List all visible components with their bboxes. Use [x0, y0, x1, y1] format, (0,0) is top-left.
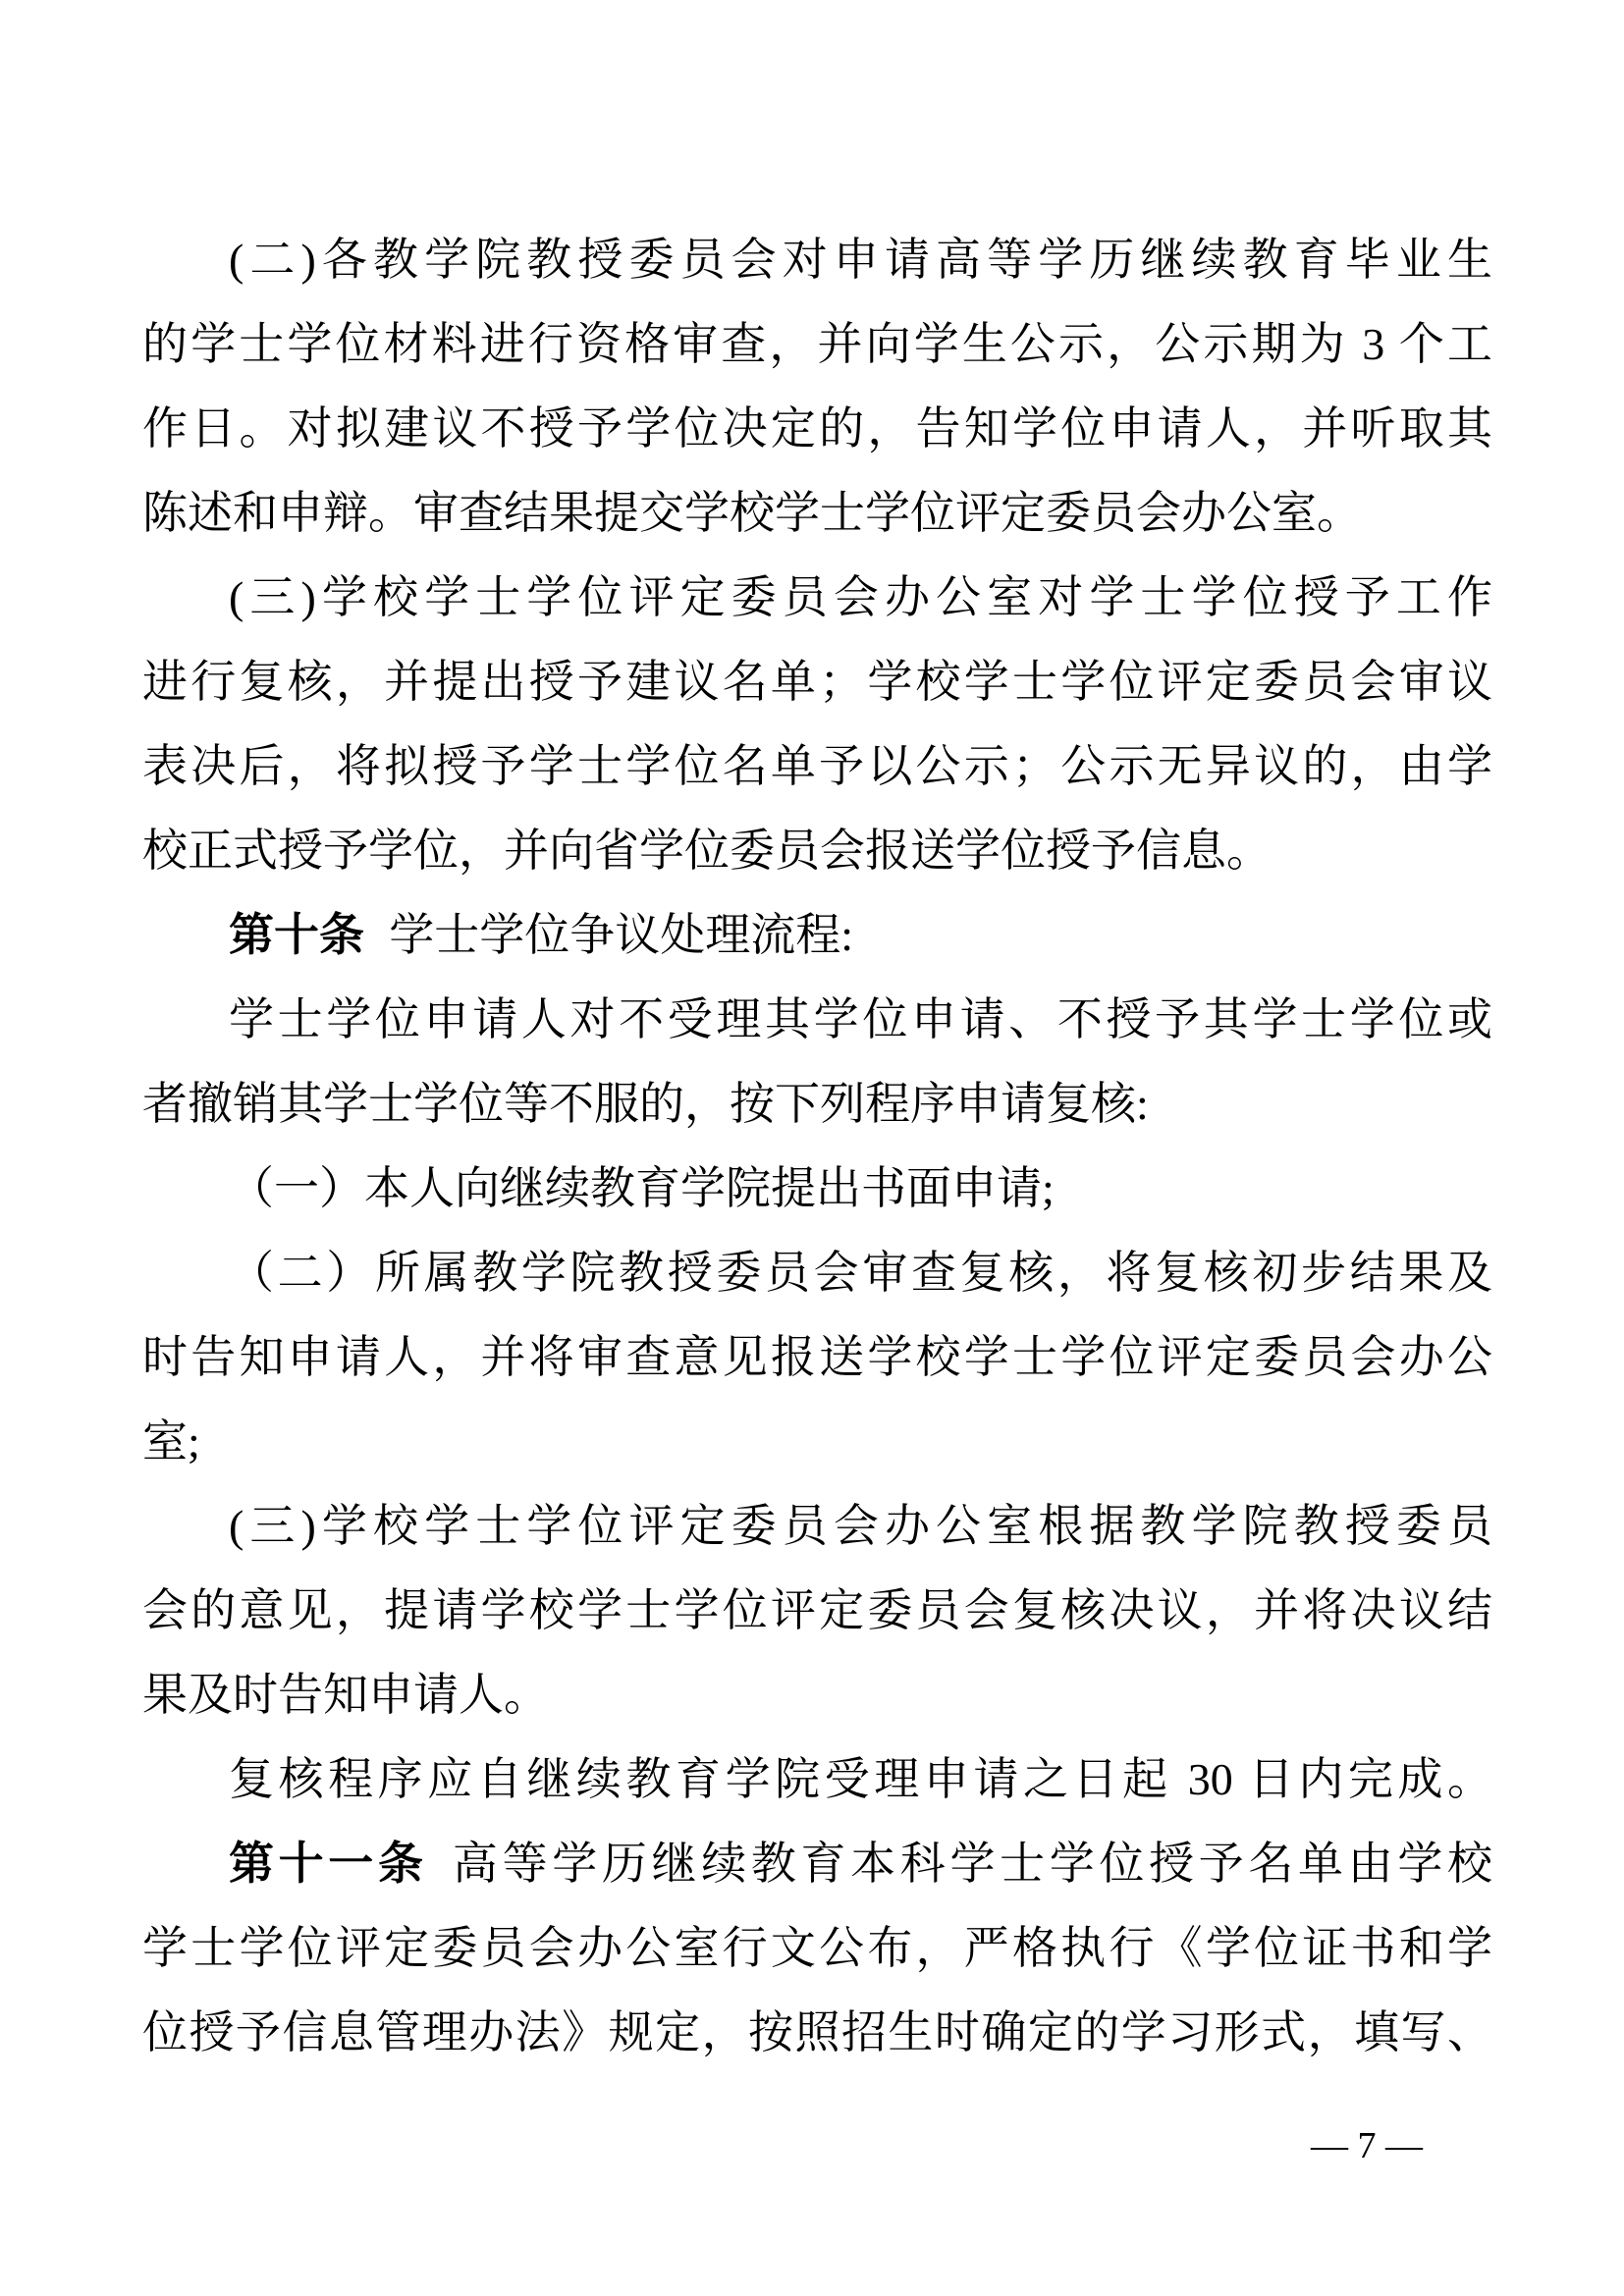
line-text: 复核程序应自继续教育学院受理申请之日起 30 日内完成。	[229, 1754, 1492, 1804]
text-line: 学士学位申请人对不受理其学位申请、不授予其学士学位或	[142, 978, 1492, 1062]
list-item-2: （二）所属教学院教授委员会审查复核，将复核初步结果及	[142, 1231, 1492, 1315]
text-line: 室;	[142, 1400, 1492, 1484]
document-body: (二)各教学院教授委员会对申请高等学历继续教育毕业生 的学士学位材料进行资格审查…	[142, 218, 1492, 2075]
text-line: 果及时告知申请人。	[142, 1653, 1492, 1737]
list-item-3: (三)学校学士学位评定委员会办公室根据教学院教授委员	[142, 1484, 1492, 1569]
page-number: — 7 —	[1311, 2122, 1423, 2169]
line-text: (三)学校学士学位评定委员会办公室对学士学位授予工作	[229, 572, 1492, 622]
line-text: 的学士学位材料进行资格审查，并向学生公示，公示期为 3 个工	[142, 319, 1492, 369]
list-item-1: （一）本人向继续教育学院提出书面申请;	[142, 1147, 1492, 1231]
line-text: 会的意见，提请学校学士学位评定委员会复核决议，并将决议结	[142, 1585, 1492, 1635]
text-line: 学士学位评定委员会办公室行文公布，严格执行《学位证书和学	[142, 1906, 1492, 1991]
line-text: 校正式授予学位，并向省学位委员会报送学位授予信息。	[142, 826, 1272, 876]
line-text: 室;	[142, 1416, 200, 1467]
article-11-title: 高等学历继续教育本科学士学位授予名单由学校	[453, 1839, 1492, 1889]
line-text: 作日。对拟建议不授予学位决定的，告知学位申请人，并听取其	[142, 403, 1492, 454]
text-line: 进行复核，并提出授予建议名单；学校学士学位评定委员会审议	[142, 640, 1492, 724]
text-line: 表决后，将拟授予学士学位名单予以公示；公示无异议的，由学	[142, 724, 1492, 809]
line-text: 位授予信息管理办法》规定，按照招生时确定的学习形式，填写、	[142, 2007, 1492, 2057]
line-text: 果及时告知申请人。	[142, 1670, 549, 1720]
document-page: (二)各教学院教授委员会对申请高等学历继续教育毕业生 的学士学位材料进行资格审查…	[0, 0, 1624, 2296]
text-line: 陈述和申辩。审查结果提交学校学士学位评定委员会办公室。	[142, 471, 1492, 556]
text-line: (二)各教学院教授委员会对申请高等学历继续教育毕业生	[142, 218, 1492, 302]
text-line: 时告知申请人，并将审查意见报送学校学士学位评定委员会办公	[142, 1315, 1492, 1400]
line-text: （一）本人向继续教育学院提出书面申请;	[229, 1163, 1055, 1213]
line-text: (二)各教学院教授委员会对申请高等学历继续教育毕业生	[229, 235, 1492, 285]
article-11-heading: 第十一条高等学历继续教育本科学士学位授予名单由学校	[142, 1822, 1492, 1906]
line-text: 时告知申请人，并将审查意见报送学校学士学位评定委员会办公	[142, 1332, 1492, 1382]
line-text: 学士学位评定委员会办公室行文公布，严格执行《学位证书和学	[142, 1923, 1492, 1973]
article-10-heading: 第十条学士学位争议处理流程:	[142, 893, 1492, 978]
article-11-number: 第十一条	[229, 1839, 428, 1889]
article-10-title: 学士学位争议处理流程:	[389, 910, 853, 960]
text-line: 者撤销其学士学位等不服的，按下列程序申请复核:	[142, 1062, 1492, 1147]
text-line: 的学士学位材料进行资格审查，并向学生公示，公示期为 3 个工	[142, 302, 1492, 387]
line-text: (三)学校学士学位评定委员会办公室根据教学院教授委员	[229, 1501, 1492, 1551]
text-line: 位授予信息管理办法》规定，按照招生时确定的学习形式，填写、	[142, 1991, 1492, 2075]
line-text: 表决后，将拟授予学士学位名单予以公示；公示无异议的，由学	[142, 741, 1492, 791]
text-line: 复核程序应自继续教育学院受理申请之日起 30 日内完成。	[142, 1737, 1492, 1822]
line-text: 者撤销其学士学位等不服的，按下列程序申请复核:	[142, 1079, 1149, 1129]
line-text: 进行复核，并提出授予建议名单；学校学士学位评定委员会审议	[142, 657, 1492, 707]
text-line: (三)学校学士学位评定委员会办公室对学士学位授予工作	[142, 556, 1492, 640]
line-text: 学士学位申请人对不受理其学位申请、不授予其学士学位或	[229, 994, 1492, 1044]
line-text: 陈述和申辩。审查结果提交学校学士学位评定委员会办公室。	[142, 488, 1362, 538]
text-line: 作日。对拟建议不授予学位决定的，告知学位申请人，并听取其	[142, 387, 1492, 471]
line-text: （二）所属教学院教授委员会审查复核，将复核初步结果及	[229, 1248, 1492, 1298]
text-line: 会的意见，提请学校学士学位评定委员会复核决议，并将决议结	[142, 1569, 1492, 1653]
text-line: 校正式授予学位，并向省学位委员会报送学位授予信息。	[142, 809, 1492, 893]
article-10-number: 第十条	[229, 910, 364, 960]
